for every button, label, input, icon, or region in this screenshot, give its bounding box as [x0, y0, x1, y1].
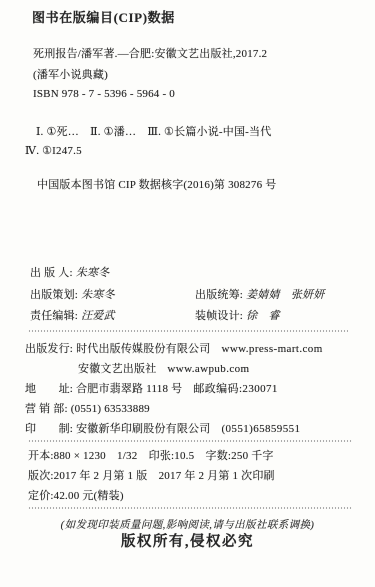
credit-row-publisher-person: 出 版 人:朱寒冬: [30, 267, 109, 280]
credit-label: 装帧设计:: [195, 310, 243, 322]
spec-row-price: 定价:42.00 元(精装): [28, 490, 124, 503]
credit-value: 徐 睿: [246, 310, 280, 322]
dotted-divider: [28, 507, 352, 509]
publisher-label: 地 址:: [25, 383, 73, 395]
printer-phone: (0551)65859551: [221, 423, 300, 435]
copyright-page: 图书在版编目(CIP)数据 死刑报告/潘军著.—合肥:安徽文艺出版社,2017.…: [0, 0, 375, 587]
credit-label: 出 版 人:: [30, 267, 73, 279]
credit-row-design: 装帧设计:徐 睿: [195, 310, 280, 323]
cip-series-line: (潘军小说典藏): [33, 69, 108, 82]
credit-row-coordination: 出版统筹:姜婧婧 张妍妍: [195, 289, 324, 302]
credit-label: 出版统筹:: [195, 289, 243, 301]
credit-value: 朱寒冬: [81, 289, 115, 301]
credit-row-planning: 出版策划:朱寒冬: [30, 289, 115, 302]
credit-value: 姜婧婧 张妍妍: [246, 289, 324, 301]
postal-code: 邮政编码:230071: [193, 383, 277, 395]
cip-classification-line-1: Ⅰ. ①死… Ⅱ. ①潘… Ⅲ. ①长篇小说-中国-当代: [36, 126, 271, 139]
publisher-url: www.awpub.com: [167, 363, 249, 375]
dotted-divider: [28, 330, 348, 332]
publisher-label: 出版发行:: [25, 343, 73, 355]
cip-classification-line-2: Ⅳ. ①I247.5: [25, 145, 82, 158]
publisher-value: 时代出版传媒股份有限公司: [76, 343, 210, 355]
publisher-label: 营 销 部:: [25, 403, 68, 415]
publisher-row-distribution: 出版发行:时代出版传媒股份有限公司www.press-mart.com: [25, 343, 323, 356]
publisher-row-press: 安徽文艺出版社www.awpub.com: [78, 363, 250, 376]
publisher-label: 印 制:: [25, 423, 73, 435]
credit-value: 朱寒冬: [76, 267, 110, 279]
cip-record-line: 死刑报告/潘军著.—合肥:安徽文艺出版社,2017.2: [33, 48, 267, 61]
credit-label: 责任编辑:: [30, 310, 78, 322]
dotted-divider: [28, 440, 352, 442]
publisher-url: www.press-mart.com: [221, 343, 322, 355]
publisher-value: 安徽文艺出版社: [78, 363, 156, 375]
quality-notice: (如发现印装质量问题,影响阅读,请与出版社联系调换): [0, 519, 375, 532]
publisher-row-marketing: 营 销 部:(0551) 63533889: [25, 403, 150, 416]
credit-value: 汪爱武: [81, 310, 115, 322]
cip-registry-line: 中国版本图书馆 CIP 数据核字(2016)第 308276 号: [37, 179, 276, 192]
publisher-value: (0551) 63533889: [71, 403, 150, 415]
publisher-row-printing: 印 制:安徽新华印刷股份有限公司(0551)65859551: [25, 423, 300, 436]
cip-isbn-line: ISBN 978 - 7 - 5396 - 5964 - 0: [33, 88, 175, 101]
credit-label: 出版策划:: [30, 289, 78, 301]
publisher-value: 安徽新华印刷股份有限公司: [76, 423, 210, 435]
publisher-value: 合肥市翡翠路 1118 号: [76, 383, 182, 395]
cip-title: 图书在版编目(CIP)数据: [32, 11, 175, 24]
credit-row-editor: 责任编辑:汪爱武: [30, 310, 115, 323]
spec-row-format: 开本:880 × 1230 1/32 印张:10.5 字数:250 千字: [28, 450, 274, 463]
copyright-statement: 版权所有,侵权必究: [0, 536, 375, 549]
publisher-row-address: 地 址:合肥市翡翠路 1118 号邮政编码:230071: [25, 383, 278, 396]
spec-row-edition: 版次:2017 年 2 月第 1 版 2017 年 2 月第 1 次印刷: [28, 470, 275, 483]
